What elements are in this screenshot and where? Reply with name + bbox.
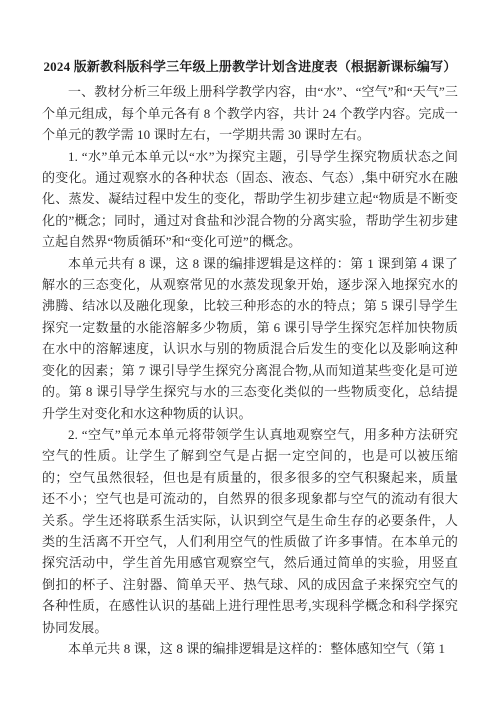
paragraph-water-unit-lesson-logic: 本单元共有 8 课，这 8 课的编排逻辑是这样的：第 1 课到第 4 课了解水的… — [42, 253, 458, 424]
paragraph-air-unit: 2. “空气”单元本单元将带领学生认真地观察空气，用多种方法研究空气的性质。让学… — [42, 424, 458, 638]
paragraph-water-unit: 1. “水”单元本单元以“水”为探究主题，引导学生探究物质状态之间的变化。通过观… — [42, 146, 458, 253]
paragraph-air-unit-lesson-logic: 本单元共 8 课，这 8 课的编排逻辑是这样的：整体感知空气（第 1 — [42, 638, 458, 659]
paragraph-textbook-analysis: 一、教材分析三年级上册科学教学内容，由“水”、“空气”和“天气”三个单元组成，每… — [42, 81, 458, 145]
document-title: 2024 版新教科版科学三年级上册教学计划含进度表（根据新课标编写） — [42, 56, 458, 77]
document-page: 2024 版新教科版科学三年级上册教学计划含进度表（根据新课标编写） 一、教材分… — [0, 0, 500, 707]
